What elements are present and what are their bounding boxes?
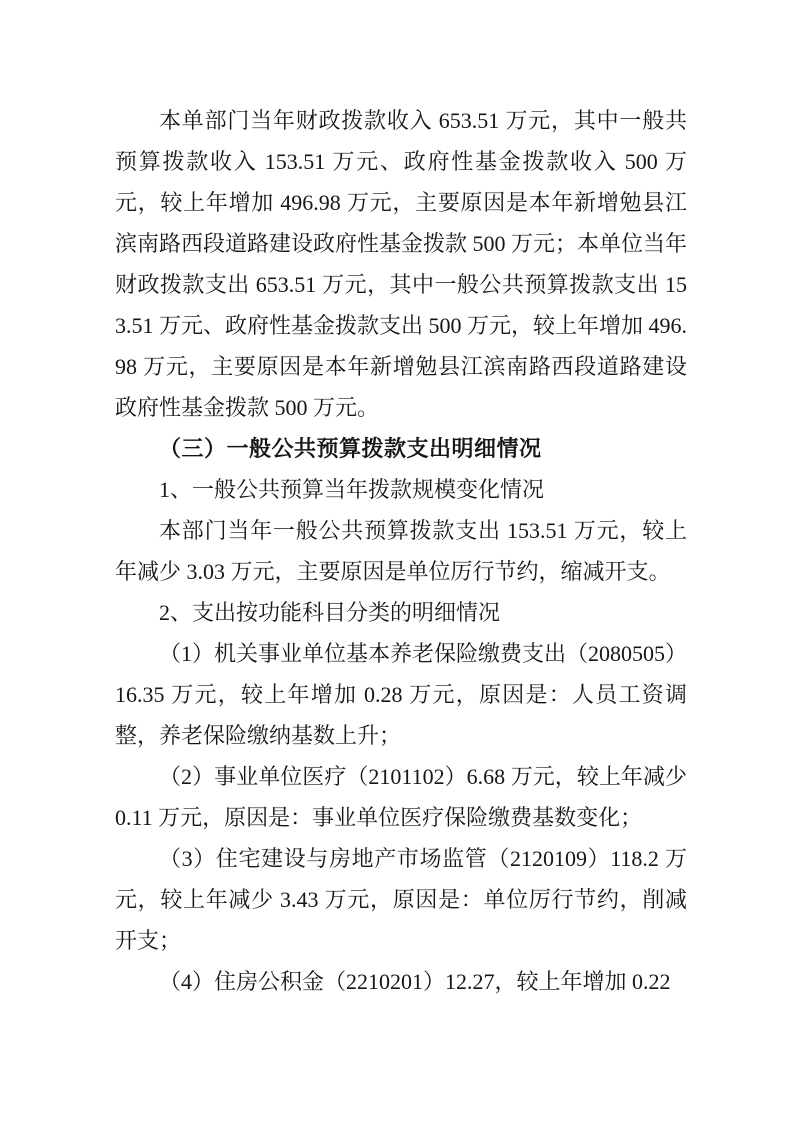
numbered-item-2: 2、支出按功能科目分类的明细情况 xyxy=(115,592,687,633)
paragraph-budget-scale-change: 本部门当年一般公共预算拨款支出 153.51 万元，较上年减少 3.03 万元，… xyxy=(115,510,687,592)
numbered-item-1: 1、一般公共预算当年拨款规模变化情况 xyxy=(115,469,687,510)
detail-item-2-medical: （2）事业单位医疗（2101102）6.68 万元，较上年减少 0.11 万元，… xyxy=(115,756,687,838)
detail-item-1-pension: （1）机关事业单位基本养老保险缴费支出（2080505）16.35 万元，较上年… xyxy=(115,633,687,756)
detail-item-4-housing-fund: （4）住房公积金（2210201）12.27，较上年增加 0.22 xyxy=(115,961,687,1002)
paragraph-fiscal-allocation-summary: 本单部门当年财政拨款收入 653.51 万元，其中一般共预算拨款收入 153.5… xyxy=(115,100,687,428)
detail-item-3-housing-market: （3）住宅建设与房地产市场监管（2120109）118.2 万元，较上年减少 3… xyxy=(115,838,687,961)
document-text-block: 本单部门当年财政拨款收入 653.51 万元，其中一般共预算拨款收入 153.5… xyxy=(115,100,687,1002)
section-heading-three: （三）一般公共预算拨款支出明细情况 xyxy=(115,428,687,469)
document-page: 本单部门当年财政拨款收入 653.51 万元，其中一般共预算拨款收入 153.5… xyxy=(0,0,793,1122)
